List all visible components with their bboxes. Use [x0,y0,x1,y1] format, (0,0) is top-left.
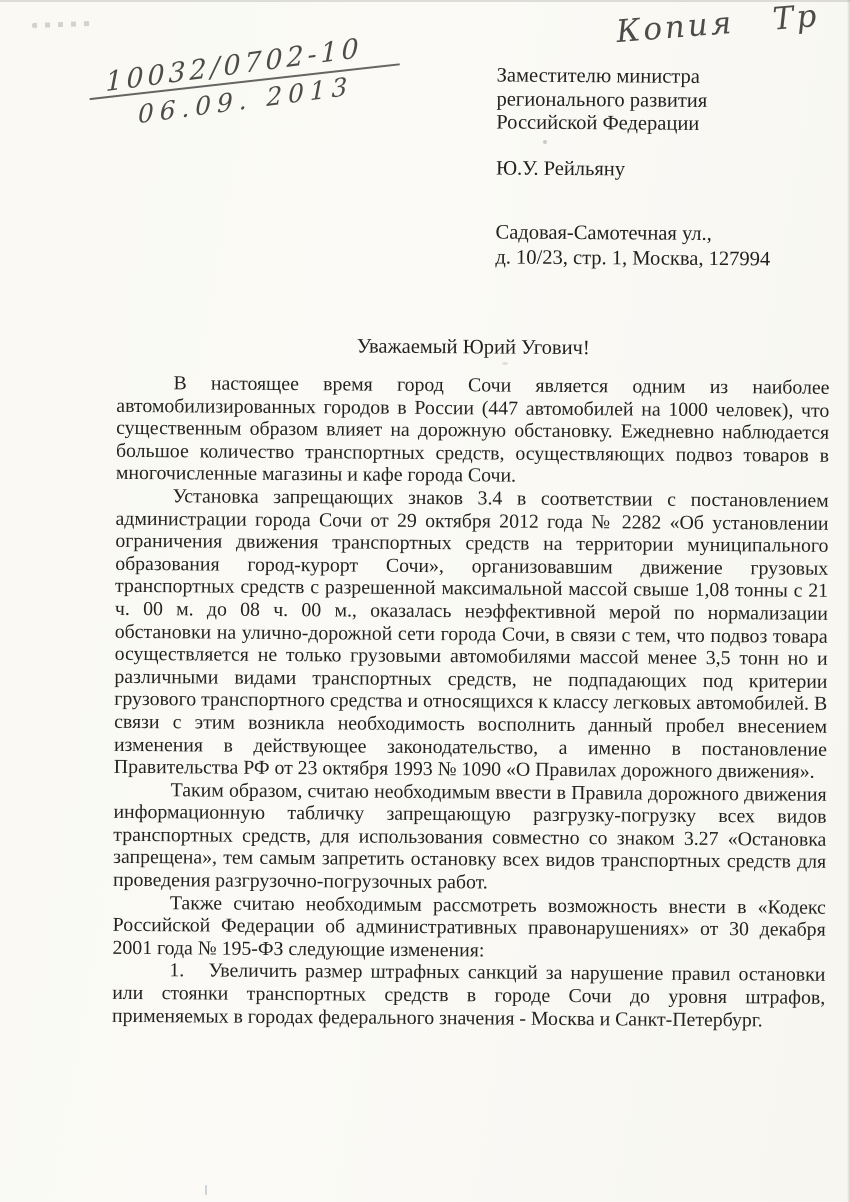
recipient-block: Заместителю министра регионального разви… [495,64,771,271]
paragraph-1: В настоящее время город Сочи является од… [116,372,830,490]
letter-body: В настоящее время город Сочи является од… [112,372,830,1032]
recipient-name: Ю.У. Рейльяну [496,157,771,182]
paragraph-2: Установка запрещающих знаков 3.4 в соотв… [114,485,829,784]
salutation: Уважаемый Юрий Угович! [117,334,830,362]
recipient-line-2: регионального развития [496,88,771,113]
handwritten-registration-block: 10032/0702-10 06.09. 2013 [86,28,404,135]
paragraph-4: Также считаю необходимым рассмотреть воз… [112,891,825,964]
recipient-line-1: Заместителю министра [497,64,772,89]
paragraph-list-item-1: 1. Увеличить размер штрафных санкций за … [112,959,825,1032]
recipient-address-line-1: Садовая-Самотечная ул., [495,220,770,246]
recipient-address: Садовая-Самотечная ул., д. 10/23, стр. 1… [495,220,770,271]
recipient-address-line-2: д. 10/23, стр. 1, Москва, 127994 [495,245,770,271]
paragraph-3: Таким образом, считаю необходимым ввести… [113,779,827,897]
handwritten-copy-note: Копия Тр [615,0,821,50]
scan-content: Копия Тр 10032/0702-10 06.09. 2013 Замес… [0,0,850,1202]
scanned-letter-page: Копия Тр 10032/0702-10 06.09. 2013 Замес… [0,0,850,1202]
recipient-line-3: Российской Федерации [496,111,771,136]
